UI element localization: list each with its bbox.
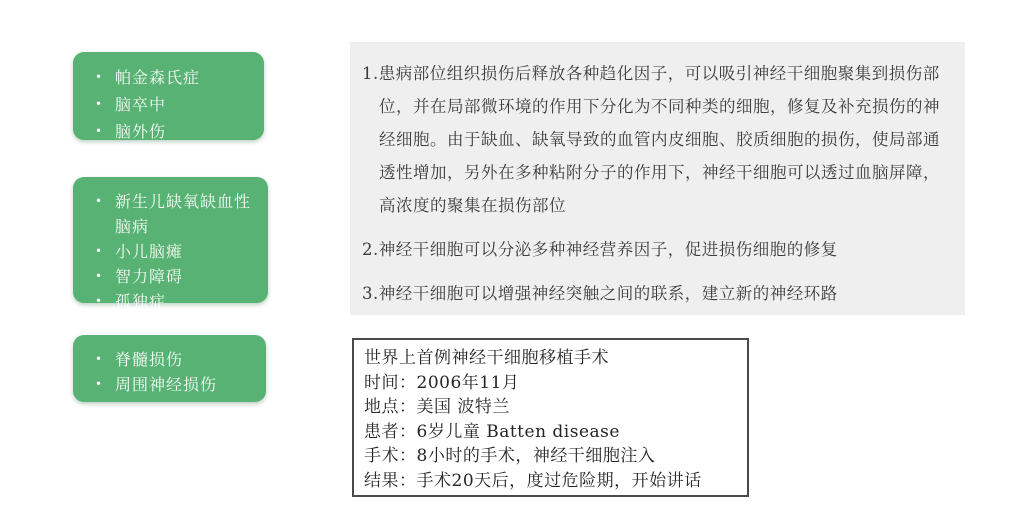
bullet-icon: • xyxy=(95,189,103,214)
disease-list: •脊髓损伤 •周围神经损伤 xyxy=(85,347,252,397)
bullet-icon: • xyxy=(95,264,103,289)
disease-box-pediatric: •新生儿缺氧缺血性脑病 •小儿脑瘫 •智力障碍 •孤独症 xyxy=(73,177,268,303)
bullet-icon: • xyxy=(95,118,103,145)
list-item: •帕金森氏症 xyxy=(85,64,250,91)
bullet-icon: • xyxy=(95,372,103,397)
mechanism-paragraph-1: 1.患病部位组织损伤后释放各种趋化因子，可以吸引神经干细胞聚集到损伤部位，并在局… xyxy=(362,57,949,222)
case-line-surgery: 手术：8小时的手术，神经干细胞注入 xyxy=(364,444,737,469)
disease-box-nerve-injury: •脊髓损伤 •周围神经损伤 xyxy=(73,335,266,402)
disease-list: •帕金森氏症 •脑卒中 •脑外伤 xyxy=(85,64,250,145)
case-line-result: 结果：手术20天后，度过危险期，开始讲话 xyxy=(364,469,737,494)
disease-list: •新生儿缺氧缺血性脑病 •小儿脑瘫 •智力障碍 •孤独症 xyxy=(85,189,254,314)
disease-label: 周围神经损伤 xyxy=(115,375,217,394)
bullet-icon: • xyxy=(95,64,103,91)
list-item: •小儿脑瘫 xyxy=(85,239,254,264)
case-box: 世界上首例神经干细胞移植手术 时间：2006年11月 地点：美国 波特兰 患者：… xyxy=(352,338,749,497)
list-item: •脑外伤 xyxy=(85,118,250,145)
bullet-icon: • xyxy=(95,239,103,264)
list-item: •孤独症 xyxy=(85,289,254,314)
disease-label: 孤独症 xyxy=(115,292,166,311)
case-line-place: 地点：美国 波特兰 xyxy=(364,395,737,420)
mechanism-paragraph-2: 2.神经干细胞可以分泌多种神经营养因子，促进损伤细胞的修复 xyxy=(362,233,949,266)
mechanism-panel: 1.患病部位组织损伤后释放各种趋化因子，可以吸引神经干细胞聚集到损伤部位，并在局… xyxy=(350,42,965,315)
case-line-time: 时间：2006年11月 xyxy=(364,371,737,396)
case-title: 世界上首例神经干细胞移植手术 xyxy=(364,346,737,371)
slide: •帕金森氏症 •脑卒中 •脑外伤 •新生儿缺氧缺血性脑病 •小儿脑瘫 •智力障碍… xyxy=(0,0,1024,510)
disease-label: 智力障碍 xyxy=(115,267,183,286)
disease-label: 帕金森氏症 xyxy=(115,68,200,87)
bullet-icon: • xyxy=(95,347,103,372)
list-item: •脊髓损伤 xyxy=(85,347,252,372)
list-item: •周围神经损伤 xyxy=(85,372,252,397)
disease-label: 脊髓损伤 xyxy=(115,350,183,369)
disease-label: 新生儿缺氧缺血性脑病 xyxy=(115,192,251,236)
disease-label: 脑外伤 xyxy=(115,122,166,141)
disease-box-brain: •帕金森氏症 •脑卒中 •脑外伤 xyxy=(73,52,264,140)
disease-label: 脑卒中 xyxy=(115,95,166,114)
bullet-icon: • xyxy=(95,289,103,314)
disease-label: 小儿脑瘫 xyxy=(115,242,183,261)
list-item: •新生儿缺氧缺血性脑病 xyxy=(85,189,254,239)
case-line-patient: 患者：6岁儿童 Batten disease xyxy=(364,420,737,445)
bullet-icon: • xyxy=(95,91,103,118)
list-item: •智力障碍 xyxy=(85,264,254,289)
list-item: •脑卒中 xyxy=(85,91,250,118)
mechanism-paragraph-3: 3.神经干细胞可以增强神经突触之间的联系，建立新的神经环路 xyxy=(362,277,949,310)
